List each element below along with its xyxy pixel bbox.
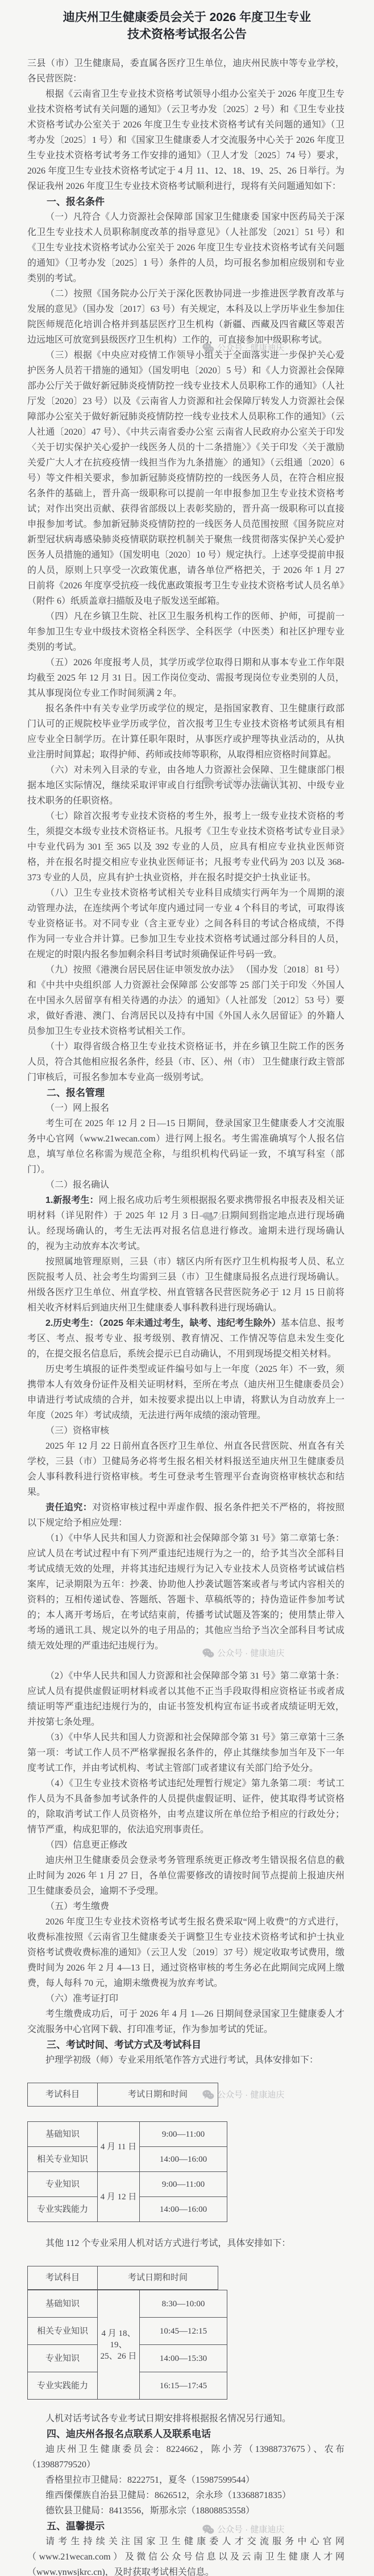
table-cell-time: 14:00—16:00 (140, 2147, 227, 2172)
table-cell-time: 10:45—12:15 (140, 2318, 227, 2345)
table-cell-time: 9:00—11:00 (140, 2122, 227, 2147)
paragraph: 考生缴费成功后，可于 2026 年 4 月 1—26 日期间登录国家卫生健康委人… (27, 2006, 344, 2037)
paragraph: 其他 112 个专业采用人机对话方式进行考试，具体安排如下： (27, 2236, 344, 2251)
paragraph: （二）报名确认 (27, 1177, 344, 1193)
paragraph: 维西傈僳族自治县卫健局：8626512，余永珍（13368871835） (27, 2488, 344, 2503)
table-header-row: 考试科目考试日期和时间 (28, 2083, 218, 2107)
bold-run-in-label: 责任追究： (45, 1503, 92, 1512)
paragraph: （六）对未列入目录的专业，由各地人力资源社会保障、卫生健康部门根据本地区实际情况… (27, 763, 344, 809)
table-cell-time: 16:15—17:45 (140, 2372, 227, 2400)
document-title-line2: 技术资格考试报名公告 (127, 28, 247, 41)
table-row: 基础知识4 月 18、19、25、26 日8:30—10:00 (28, 2290, 227, 2318)
section-heading: 五、温馨提示 (27, 2519, 344, 2534)
paragraph: （六）准考证打印 (27, 1991, 344, 2006)
paper-pencil-exam-schedule-header: 考试科目考试日期和时间 (27, 2083, 218, 2107)
paragraph: （4）《卫生专业技术资格考试违纪处理暂行规定》第九条第二项：考试工作人员为不具备… (27, 1776, 344, 1837)
announcement-document: 迪庆州卫生健康委员会关于 2026 年度卫生专业 技术资格考试报名公告 三县（市… (0, 0, 374, 2576)
table-cell-time: 9:00—11:00 (140, 2172, 227, 2197)
table-cell-time: 14:00—15:30 (140, 2345, 227, 2372)
paragraph: （2）《中华人民共和国人力资源和社会保障部令第 31 号》第二章第十条：应试人员… (27, 1668, 344, 1730)
table-cell-subject: 相关专业知识 (28, 2318, 98, 2345)
paragraph: 按照属地管理原则，三县（市）辖区内所有医疗卫生机构报考人员、私立医院报考人员、社… (27, 1254, 344, 1316)
paragraph: 迪庆州卫生健康委员会：8224662，陈小芳（13988737675）、农布（1… (27, 2442, 344, 2472)
document-title: 迪庆州卫生健康委员会关于 2026 年度卫生专业 技术资格考试报名公告 (0, 0, 374, 47)
paragraph: 2.历史考生：（2025 年未通过考生，缺考、违纪考生除外）基本信息、报考考区、… (27, 1316, 344, 1362)
computer-based-exam-schedule: 考试科目考试日期和时间基础知识4 月 18、19、25、26 日8:30—10:… (27, 2266, 218, 2400)
table-cell-subject-header: 考试科目 (28, 2083, 98, 2107)
paragraph: 2025 年 12 月 22 日前州直各医疗卫生单位、州直各民营医院、州直各有关… (27, 1439, 344, 1500)
paragraph: （一）凡符合《人力资源社会保障部 国家卫生健康委 国家中医药局关于深化卫生专业技… (27, 209, 344, 286)
paragraph: 香格里拉市卫健局：8222751，夏冬（15987599544） (27, 2472, 344, 2488)
paragraph: （七）除首次报考专业技术资格的考生外，报考上一级专业技术资格的考生，须提交本级专… (27, 809, 344, 885)
table-cell-datetime-header: 考试日期和时间 (98, 2083, 218, 2107)
computer-based-exam-schedule-header: 考试科目考试日期和时间 (27, 2266, 218, 2290)
table-cell-date: 4 月 11 日 (98, 2122, 140, 2172)
section-heading: 二、报名管理 (27, 1085, 344, 1101)
table-row: 基础知识4 月 11 日9:00—11:00 (28, 2122, 227, 2147)
paragraph: 责任追究：对资格审核过程中弄虚作假、报名条件把关不严格的，将按照以下规定给予相应… (27, 1500, 344, 1531)
paragraph: （三）根据《中央应对疫情工作领导小组关于全面落实进一步保护关心爱护医务人员若干措… (27, 348, 344, 609)
paragraph: 考生可在 2025 年 12 月 2 日—15 日期间，登录国家卫生健康委人才交… (27, 1116, 344, 1177)
paragraph: 报名条件中有关专业学历或学位的规定，是指国家教育、卫生健康行政部门认可的正规院校… (27, 701, 344, 763)
table-row: 专业知识4 月 12 日9:00—11:00 (28, 2172, 227, 2197)
table-cell-subject: 基础知识 (28, 2290, 98, 2318)
table-cell-date: 4 月 18、19、25、26 日 (98, 2290, 140, 2400)
paragraph: （九）按照《港澳台居民居住证申领发放办法》 （国办发〔2018〕81 号）和《中… (27, 962, 344, 1039)
paragraph: （3）《中华人民共和国人力资源和社会保障部令第 31 号》第三章第十三条第一项：… (27, 1730, 344, 1776)
table-cell-subject: 基础知识 (28, 2122, 98, 2147)
table-cell-subject: 专业实践能力 (28, 2372, 98, 2400)
table-header-gap (27, 2107, 218, 2121)
table-cell-subject: 专业知识 (28, 2172, 98, 2197)
salutation: 三县（市）卫生健康局，委直属各医疗卫生单位，迪庆州民族中等专业学校，各民营医院： (27, 56, 344, 86)
paragraph: 1.新报考生：网上报名成功后考生须根据报名要求携带报名申报表及相关证明材料（详见… (27, 1193, 344, 1254)
paragraph: 德钦县卫健局：8413556，斯那永宗（18808853558） (27, 2503, 344, 2519)
paragraph: （十）取得省级合格卫生专业技术资格证书，并在乡镇卫生院工作的医务人员，符合其他相… (27, 1039, 344, 1085)
paragraph: 历史考生填报的证件类型或证件编号如与上一年度（2025 年）不一致，须携带本人有… (27, 1362, 344, 1423)
paragraph: 迪庆州卫生健康委员会登录考务管理系统更正修改考生错误报名信息的截止时间为 202… (27, 1853, 344, 1899)
paragraph: （五）考生缴费 (27, 1899, 344, 1914)
paragraph: 人机对话考试各专业考试日期安排将根据报名情况另行通知。 (27, 2411, 344, 2426)
paragraph: （二）按照《国务院办公厅关于深化医教协同进一步推进医学教育改革与发展的意见》（国… (27, 286, 344, 348)
table-cell-time: 14:00—16:00 (140, 2197, 227, 2222)
table-cell-datetime-header: 考试日期和时间 (98, 2266, 218, 2290)
paragraph: 2026 年度卫生专业技术资格考试考生报名费采取“网上收费”的方式进行，收费标准… (27, 1914, 344, 1991)
section-heading: 一、报名条件 (27, 194, 344, 209)
table-cell-subject: 专业知识 (28, 2345, 98, 2372)
section-heading: 四、迪庆州各报名点联系人及联系电话 (27, 2426, 344, 2442)
paragraph: 护理学初级（师）专业采用纸笔作答方式进行考试，具体安排如下： (27, 2052, 344, 2068)
paragraph: （1）《中华人民共和国人力资源和社会保障部令第 31 号》第二章第七条：应试人员… (27, 1531, 344, 1654)
paragraph: 请考生持续关注国家卫生健康委人才交流服务中心官网（www.21wecan.com… (27, 2534, 344, 2576)
table-header-row: 考试科目考试日期和时间 (28, 2266, 218, 2290)
paragraph: （四）信息更正修改 (27, 1837, 344, 1853)
paper-pencil-exam-schedule-body: 基础知识4 月 11 日9:00—11:00相关专业知识14:00—16:00专… (27, 2121, 227, 2222)
paragraph: （四）凡在乡镇卫生院、社区卫生服务机构工作的医师、护师，可提前一年参加卫生专业中… (27, 609, 344, 655)
table-cell-subject: 专业实践能力 (28, 2197, 98, 2222)
table-cell-time: 8:30—10:00 (140, 2290, 227, 2318)
table-cell-date: 4 月 12 日 (98, 2172, 140, 2222)
computer-based-exam-schedule-body: 基础知识4 月 18、19、25、26 日8:30—10:00相关专业知识10:… (27, 2290, 227, 2400)
bold-run-in-label: 2.历史考生：（2025 年未通过考生，缺考、违纪考生除外） (45, 1318, 281, 1328)
paragraph: 根据《云南省卫生专业技术资格考试领导小组办公室关于 2026 年度卫生专业技术资… (27, 86, 344, 194)
table-cell-subject-header: 考试科目 (28, 2266, 98, 2290)
paragraph: （八）卫生专业技术资格考试相关专业科目成绩实行两年为一个周期的滚动管理办法，在连… (27, 885, 344, 962)
paper-pencil-exam-schedule: 考试科目考试日期和时间基础知识4 月 11 日9:00—11:00相关专业知识1… (27, 2083, 218, 2222)
paragraph: （三）资格审核 (27, 1423, 344, 1439)
document-body: 三县（市）卫生健康局，委直属各医疗卫生单位，迪庆州民族中等专业学校，各民营医院：… (0, 47, 374, 2576)
document-title-line1: 迪庆州卫生健康委员会关于 2026 年度卫生专业 (63, 11, 311, 24)
bold-run-in-label: 1.新报考生： (45, 1196, 98, 1205)
paragraph: （五）2026 年度报考人员，其学历或学位取得日期和从事本专业工作年限均截至 2… (27, 655, 344, 701)
paragraph: （一）网上报名 (27, 1101, 344, 1116)
section-heading: 三、考试时间、考试方式及考试科目 (27, 2037, 344, 2052)
table-cell-subject: 相关专业知识 (28, 2147, 98, 2172)
